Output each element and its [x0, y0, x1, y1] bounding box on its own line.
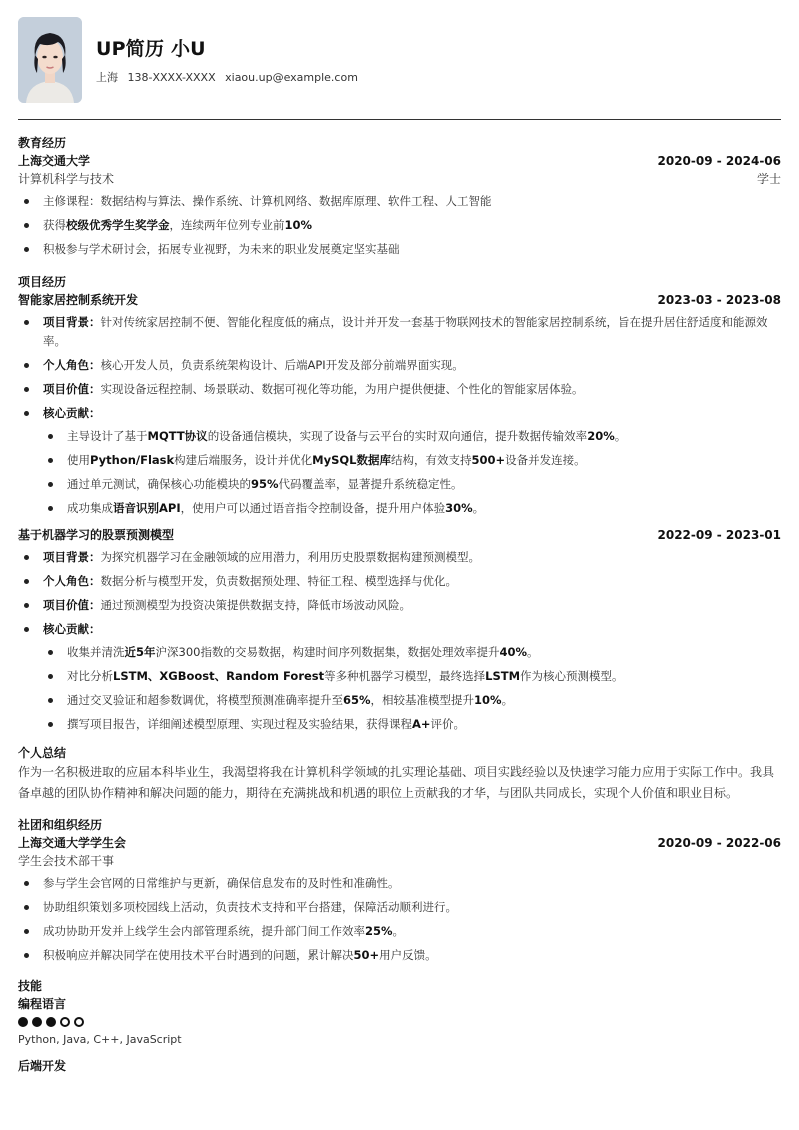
education-date: 2020-09 - 2024-06 [658, 152, 782, 170]
organizations-section: 社团和组织经历 上海交通大学学生会 2020-09 - 2022-06 学生会技… [18, 816, 781, 965]
list-item: 撰写项目报告，详细阐述模型原理、实现过程及实验结果，获得课程A+评价。 [43, 715, 781, 734]
list-item: 核心贡献： 主导设计了基于MQTT协议的设备通信模块，实现了设备与云平台的实时双… [18, 404, 781, 518]
project-name: 基于机器学习的股票预测模型 [18, 526, 174, 544]
section-title: 个人总结 [18, 744, 781, 762]
project-name: 智能家居控制系统开发 [18, 291, 138, 309]
list-item: 成功集成语音识别API，使用户可以通过语音指令控制设备，提升用户体验30%。 [43, 499, 781, 518]
project-entry: 智能家居控制系统开发 2023-03 - 2023-08 项目背景：针对传统家居… [18, 291, 781, 518]
list-item: 项目价值：通过预测模型为投资决策提供数据支持，降低市场波动风险。 [18, 596, 781, 615]
list-item: 通过交叉验证和超参数调优，将模型预测准确率提升至65%，相较基准模型提升10%。 [43, 691, 781, 710]
list-item: 主修课程：数据结构与算法、操作系统、计算机网络、数据库原理、软件工程、人工智能 [18, 192, 781, 211]
org-entry-header: 上海交通大学学生会 2020-09 - 2022-06 [18, 834, 781, 852]
list-item: 项目背景：为探究机器学习在金融领域的应用潜力，利用历史股票数据构建预测模型。 [18, 548, 781, 567]
resume-header: UP简历 小U 上海 138-XXXX-XXXX xiaou.up@exampl… [18, 0, 781, 120]
org-date: 2020-09 - 2022-06 [658, 834, 782, 852]
section-title: 教育经历 [18, 134, 781, 152]
skill-group-name: 后端开发 [18, 1057, 781, 1075]
contribution-list: 主导设计了基于MQTT协议的设备通信模块，实现了设备与云平台的实时双向通信，提升… [43, 427, 781, 518]
org-role: 学生会技术部干事 [18, 852, 781, 870]
education-entry-sub: 计算机科学与技术 学士 [18, 170, 781, 188]
list-item: 主导设计了基于MQTT协议的设备通信模块，实现了设备与云平台的实时双向通信，提升… [43, 427, 781, 446]
list-item: 项目价值：实现设备远程控制、场景联动、数据可视化等功能，为用户提供便捷、个性化的… [18, 380, 781, 399]
rating-dot-empty-icon [74, 1017, 84, 1027]
list-item: 对比分析LSTM、XGBoost、Random Forest等多种机器学习模型，… [43, 667, 781, 686]
contact-city: 上海 [96, 71, 118, 84]
list-item: 项目背景：针对传统家居控制不便、智能化程度低的痛点，设计并开发一套基于物联网技术… [18, 313, 781, 351]
project-header: 基于机器学习的股票预测模型 2022-09 - 2023-01 [18, 526, 781, 544]
education-section: 教育经历 上海交通大学 2020-09 - 2024-06 计算机科学与技术 学… [18, 134, 781, 259]
rating-dot-filled-icon [32, 1017, 42, 1027]
skill-items: Python, Java, C++, JavaScript [18, 1031, 781, 1049]
rating-dot-filled-icon [18, 1017, 28, 1027]
profile-photo [18, 17, 82, 103]
contact-line: 上海 138-XXXX-XXXX xiaou.up@example.com [96, 69, 364, 85]
list-item: 成功协助开发并上线学生会内部管理系统，提升部门间工作效率25%。 [18, 922, 781, 941]
list-item: 积极参与学术研讨会，拓展专业视野，为未来的职业发展奠定坚实基础 [18, 240, 781, 259]
education-entry-header: 上海交通大学 2020-09 - 2024-06 [18, 152, 781, 170]
major: 计算机科学与技术 [18, 170, 114, 188]
list-item: 收集并清洗近5年沪深300指数的交易数据，构建时间序列数据集，数据处理效率提升4… [43, 643, 781, 662]
summary-section: 个人总结 作为一名积极进取的应届本科毕业生，我渴望将我在计算机科学领域的扎实理论… [18, 744, 781, 804]
project-date: 2022-09 - 2023-01 [658, 526, 782, 544]
projects-section: 项目经历 智能家居控制系统开发 2023-03 - 2023-08 项目背景：针… [18, 273, 781, 734]
project-entry: 基于机器学习的股票预测模型 2022-09 - 2023-01 项目背景：为探究… [18, 526, 781, 734]
list-item: 核心贡献： 收集并清洗近5年沪深300指数的交易数据，构建时间序列数据集，数据处… [18, 620, 781, 734]
list-item: 获得校级优秀学生奖学金，连续两年位列专业前10% [18, 216, 781, 235]
contact-phone: 138-XXXX-XXXX [128, 71, 216, 84]
section-title: 技能 [18, 977, 781, 995]
school-name: 上海交通大学 [18, 152, 90, 170]
header-info: UP简历 小U 上海 138-XXXX-XXXX xiaou.up@exampl… [96, 34, 364, 85]
candidate-name: UP简历 小U [96, 34, 364, 61]
list-item: 积极响应并解决同学在使用技术平台时遇到的问题，累计解决50+用户反馈。 [18, 946, 781, 965]
project-header: 智能家居控制系统开发 2023-03 - 2023-08 [18, 291, 781, 309]
list-item: 通过单元测试，确保核心功能模块的95%代码覆盖率，显著提升系统稳定性。 [43, 475, 781, 494]
rating-dot-filled-icon [46, 1017, 56, 1027]
project-bullets: 项目背景：为探究机器学习在金融领域的应用潜力，利用历史股票数据构建预测模型。 个… [18, 548, 781, 734]
resume-page: UP简历 小U 上海 138-XXXX-XXXX xiaou.up@exampl… [18, 0, 781, 1075]
list-item: 个人角色：数据分析与模型开发，负责数据预处理、特征工程、模型选择与优化。 [18, 572, 781, 591]
rating-dot-empty-icon [60, 1017, 70, 1027]
list-item: 个人角色：核心开发人员，负责系统架构设计、后端API开发及部分前端界面实现。 [18, 356, 781, 375]
education-bullets: 主修课程：数据结构与算法、操作系统、计算机网络、数据库原理、软件工程、人工智能 … [18, 192, 781, 259]
section-title: 社团和组织经历 [18, 816, 781, 834]
org-bullets: 参与学生会官网的日常维护与更新，确保信息发布的及时性和准确性。 协助组织策划多项… [18, 874, 781, 965]
skills-section: 技能 编程语言 Python, Java, C++, JavaScript 后端… [18, 977, 781, 1075]
org-name: 上海交通大学学生会 [18, 834, 126, 852]
section-title: 项目经历 [18, 273, 781, 291]
list-item: 参与学生会官网的日常维护与更新，确保信息发布的及时性和准确性。 [18, 874, 781, 893]
summary-text: 作为一名积极进取的应届本科毕业生，我渴望将我在计算机科学领域的扎实理论基础、项目… [18, 762, 781, 804]
project-date: 2023-03 - 2023-08 [658, 291, 782, 309]
list-item: 协助组织策划多项校园线上活动，负责技术支持和平台搭建，保障活动顺利进行。 [18, 898, 781, 917]
skill-level-rating [18, 1017, 781, 1027]
list-item: 使用Python/Flask构建后端服务，设计并优化MySQL数据库结构，有效支… [43, 451, 781, 470]
degree: 学士 [757, 170, 781, 188]
contribution-list: 收集并清洗近5年沪深300指数的交易数据，构建时间序列数据集，数据处理效率提升4… [43, 643, 781, 734]
skill-group-name: 编程语言 [18, 995, 781, 1013]
contact-email[interactable]: xiaou.up@example.com [225, 71, 358, 84]
project-bullets: 项目背景：针对传统家居控制不便、智能化程度低的痛点，设计并开发一套基于物联网技术… [18, 313, 781, 518]
